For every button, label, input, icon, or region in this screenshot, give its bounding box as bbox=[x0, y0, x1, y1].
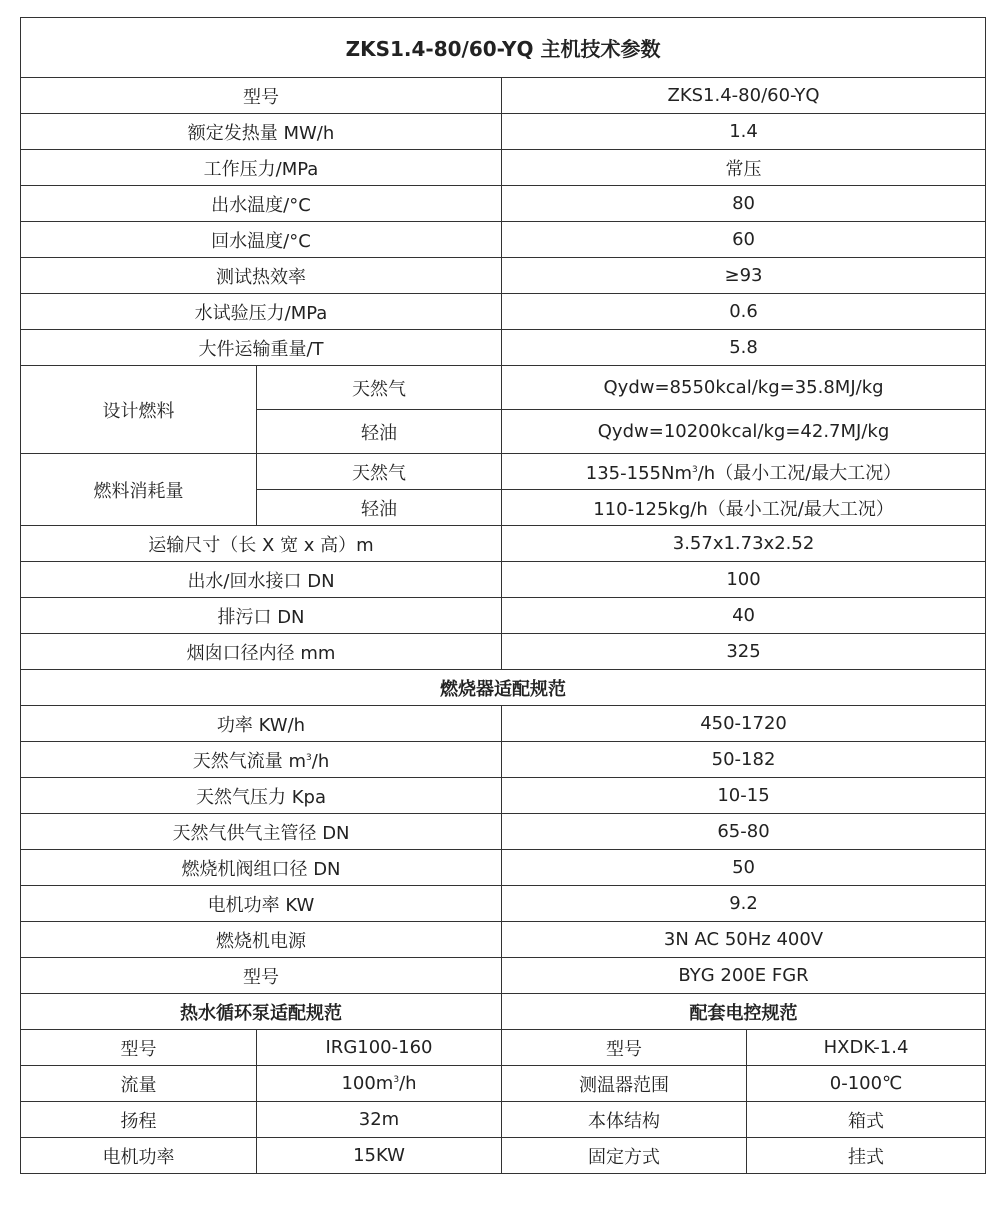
section-header-row: 燃烧器适配规范 bbox=[21, 670, 986, 706]
table-row: 天然气压力 Kpa10-15 bbox=[21, 778, 986, 814]
table-row: 电机功率 15KW 固定方式 挂式 bbox=[21, 1138, 986, 1174]
table-row: 大件运输重量/T5.8 bbox=[21, 330, 986, 366]
row-value: 65-80 bbox=[502, 814, 986, 850]
table-row: 烟囱口径内径 mm325 bbox=[21, 634, 986, 670]
row-value: Qydw=8550kcal/kg=35.8MJ/kg bbox=[502, 366, 986, 410]
table-row: 型号ZKS1.4-80/60-YQ bbox=[21, 78, 986, 114]
table-row: 工作压力/MPa常压 bbox=[21, 150, 986, 186]
pump-value: IRG100-160 bbox=[257, 1030, 502, 1066]
table-row: 功率 KW/h450-1720 bbox=[21, 706, 986, 742]
row-value: ZKS1.4-80/60-YQ bbox=[502, 78, 986, 114]
row-value: 325 bbox=[502, 634, 986, 670]
row-label: 型号 bbox=[21, 958, 502, 994]
row-value: 50-182 bbox=[502, 742, 986, 778]
section-header-row: 热水循环泵适配规范 配套电控规范 bbox=[21, 994, 986, 1030]
fuel-type: 天然气 bbox=[257, 366, 502, 410]
control-value: HXDK-1.4 bbox=[747, 1030, 986, 1066]
pump-value: 100m3/h bbox=[257, 1066, 502, 1102]
fuel-type: 轻油 bbox=[257, 490, 502, 526]
row-value: 0.6 bbox=[502, 294, 986, 330]
table-row: 额定发热量 MW/h1.4 bbox=[21, 114, 986, 150]
row-label: 型号 bbox=[21, 78, 502, 114]
row-value: 80 bbox=[502, 186, 986, 222]
control-value: 挂式 bbox=[747, 1138, 986, 1174]
row-value: 10-15 bbox=[502, 778, 986, 814]
row-label: 出水温度/°C bbox=[21, 186, 502, 222]
row-value: 3.57x1.73x2.52 bbox=[502, 526, 986, 562]
fuel-type: 天然气 bbox=[257, 454, 502, 490]
burner-section-heading: 燃烧器适配规范 bbox=[21, 670, 986, 706]
table-row: 出水温度/°C80 bbox=[21, 186, 986, 222]
row-label: 电机功率 KW bbox=[21, 886, 502, 922]
row-value: 1.4 bbox=[502, 114, 986, 150]
table-row: 天然气供气主管径 DN65-80 bbox=[21, 814, 986, 850]
title-row: ZKS1.4-80/60-YQ 主机技术参数 bbox=[21, 18, 986, 78]
row-label: 烟囱口径内径 mm bbox=[21, 634, 502, 670]
table-row: 型号 IRG100-160 型号 HXDK-1.4 bbox=[21, 1030, 986, 1066]
pump-value: 32m bbox=[257, 1102, 502, 1138]
table-row: 电机功率 KW9.2 bbox=[21, 886, 986, 922]
table-row: 出水/回水接口 DN100 bbox=[21, 562, 986, 598]
row-value: BYG 200E FGR bbox=[502, 958, 986, 994]
fuel-consumption-label: 燃料消耗量 bbox=[21, 454, 257, 526]
row-value: 100 bbox=[502, 562, 986, 598]
row-label: 水试验压力/MPa bbox=[21, 294, 502, 330]
control-label: 固定方式 bbox=[502, 1138, 747, 1174]
row-label: 燃烧机电源 bbox=[21, 922, 502, 958]
row-value: ≥93 bbox=[502, 258, 986, 294]
row-label: 天然气流量 m3/h bbox=[21, 742, 502, 778]
table-title: ZKS1.4-80/60-YQ 主机技术参数 bbox=[21, 18, 986, 78]
table-row: 天然气流量 m3/h 50-182 bbox=[21, 742, 986, 778]
control-value: 0-100℃ bbox=[747, 1066, 986, 1102]
row-label: 功率 KW/h bbox=[21, 706, 502, 742]
table-row: 燃料消耗量 天然气 135-155Nm3/h（最小工况/最大工况） bbox=[21, 454, 986, 490]
pump-section-heading: 热水循环泵适配规范 bbox=[21, 994, 502, 1030]
table-row: 流量 100m3/h 测温器范围 0-100℃ bbox=[21, 1066, 986, 1102]
row-value: 50 bbox=[502, 850, 986, 886]
table-row: 燃烧机阀组口径 DN50 bbox=[21, 850, 986, 886]
control-label: 测温器范围 bbox=[502, 1066, 747, 1102]
row-value: 450-1720 bbox=[502, 706, 986, 742]
pump-value: 15KW bbox=[257, 1138, 502, 1174]
row-value: 110-125kg/h（最小工况/最大工况） bbox=[502, 490, 986, 526]
table-row: 水试验压力/MPa0.6 bbox=[21, 294, 986, 330]
table-row: 测试热效率≥93 bbox=[21, 258, 986, 294]
design-fuel-label: 设计燃料 bbox=[21, 366, 257, 454]
row-label: 排污口 DN bbox=[21, 598, 502, 634]
row-label: 回水温度/°C bbox=[21, 222, 502, 258]
fuel-type: 轻油 bbox=[257, 410, 502, 454]
row-label: 燃烧机阀组口径 DN bbox=[21, 850, 502, 886]
row-value: 3N AC 50Hz 400V bbox=[502, 922, 986, 958]
row-label: 工作压力/MPa bbox=[21, 150, 502, 186]
row-value: 9.2 bbox=[502, 886, 986, 922]
row-value: 60 bbox=[502, 222, 986, 258]
row-label: 测试热效率 bbox=[21, 258, 502, 294]
table-row: 设计燃料 天然气 Qydw=8550kcal/kg=35.8MJ/kg bbox=[21, 366, 986, 410]
control-label: 本体结构 bbox=[502, 1102, 747, 1138]
pump-label: 型号 bbox=[21, 1030, 257, 1066]
row-value: Qydw=10200kcal/kg=42.7MJ/kg bbox=[502, 410, 986, 454]
pump-label: 电机功率 bbox=[21, 1138, 257, 1174]
pump-label: 流量 bbox=[21, 1066, 257, 1102]
spec-table: ZKS1.4-80/60-YQ 主机技术参数 型号ZKS1.4-80/60-YQ… bbox=[20, 17, 986, 1174]
table-row: 燃烧机电源3N AC 50Hz 400V bbox=[21, 922, 986, 958]
row-label: 天然气供气主管径 DN bbox=[21, 814, 502, 850]
row-label: 额定发热量 MW/h bbox=[21, 114, 502, 150]
row-label: 运输尺寸（长 X 宽 x 高）m bbox=[21, 526, 502, 562]
pump-label: 扬程 bbox=[21, 1102, 257, 1138]
control-label: 型号 bbox=[502, 1030, 747, 1066]
table-row: 型号BYG 200E FGR bbox=[21, 958, 986, 994]
row-value: 5.8 bbox=[502, 330, 986, 366]
row-label: 大件运输重量/T bbox=[21, 330, 502, 366]
table-row: 运输尺寸（长 X 宽 x 高）m3.57x1.73x2.52 bbox=[21, 526, 986, 562]
control-value: 箱式 bbox=[747, 1102, 986, 1138]
row-label: 出水/回水接口 DN bbox=[21, 562, 502, 598]
table-row: 回水温度/°C60 bbox=[21, 222, 986, 258]
table-row: 排污口 DN40 bbox=[21, 598, 986, 634]
table-row: 扬程 32m 本体结构 箱式 bbox=[21, 1102, 986, 1138]
row-value: 常压 bbox=[502, 150, 986, 186]
row-value: 40 bbox=[502, 598, 986, 634]
control-section-heading: 配套电控规范 bbox=[502, 994, 986, 1030]
row-value: 135-155Nm3/h（最小工况/最大工况） bbox=[502, 454, 986, 490]
row-label: 天然气压力 Kpa bbox=[21, 778, 502, 814]
